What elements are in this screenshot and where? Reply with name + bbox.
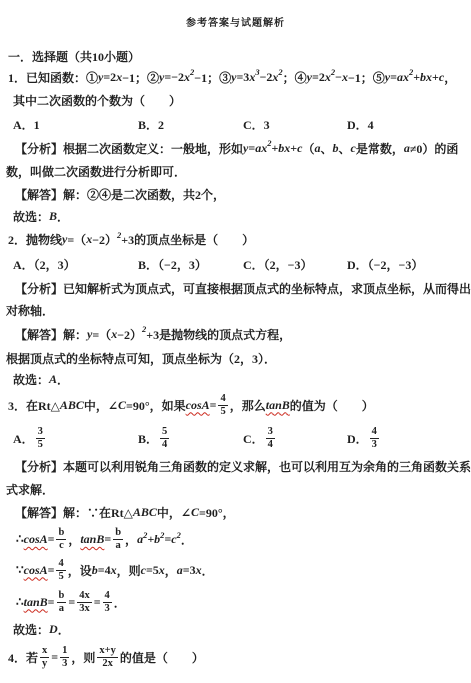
q3-solution-line-2: ∴cosA=bc，tanB=ba，a2+b2=c2． [0, 524, 471, 555]
q3-option-d: D．43 [347, 421, 381, 455]
q2-answer-line-1: 【解答】解：y=（x−2）2+3是抛物线的顶点式方程， [0, 321, 471, 347]
q2-option-a: A．（2，3） [13, 252, 76, 276]
section-heading: 一．选择题（共10小题） [0, 47, 471, 65]
q3-stem-line: 3．在Rt△ABC中，∠C=90°，如果cosA=45，那么tanB的值为（ ） [0, 389, 471, 421]
q3-analysis-line-2: 式求解． [0, 478, 471, 501]
q2-option-c: C．（2，−3） [243, 252, 313, 276]
q3-solution-line-3: ∵cosA=45，设b=4x，则c=5x，a=3x． [0, 555, 471, 585]
q3-analysis-line-1: 【分析】本题可以利用锐角三角函数的定义求解，也可以利用互为余角的三角函数关系 [0, 455, 471, 478]
q4-stem-line: 4．若xy=13，则x+y2x的值是（ ） [0, 640, 471, 674]
q2-stem-line: 2．抛物线y=（x−2）2+3的顶点坐标是（ ） [0, 227, 471, 252]
answer-sheet-page: 参考答案与试题解析 一．选择题（共10小题） 1．已知函数：①y=2x−1；②y… [0, 0, 471, 683]
q3-solution-line-4: ∴tanB=ba=4x3x=43． [0, 585, 471, 619]
q1-option-c: C．3 [243, 112, 270, 136]
q2-analysis-line-2: 对称轴． [0, 300, 471, 321]
q1-option-d: D．4 [347, 112, 374, 136]
q3-option-a: A．35 [13, 421, 47, 455]
q1-choice-line: 故选：B． [0, 206, 471, 227]
question-4: 4．若xy=13，则x+y2x的值是（ ） [0, 640, 471, 674]
question-2: 2．抛物线y=（x−2）2+3的顶点坐标是（ ） A．（2，3） B．（−2，3… [0, 227, 471, 389]
q3-solution-line-1: 【解答】解：∵在Rt△ABC中，∠C=90°， [0, 501, 471, 524]
q2-option-d: D．（−2，−3） [347, 252, 423, 276]
q1-analysis-line-2: 数，叫做二次函数进行分析即可． [0, 160, 471, 183]
q2-analysis-line-1: 【分析】已知解析式为顶点式，可直接根据顶点式的坐标特点，求顶点坐标，从而得出 [0, 276, 471, 300]
question-3: 3．在Rt△ABC中，∠C=90°，如果cosA=45，那么tanB的值为（ ）… [0, 389, 471, 640]
q2-option-b: B．（−2，3） [138, 252, 207, 276]
q3-option-b: B．54 [138, 421, 171, 455]
q1-analysis-line-1: 【分析】根据二次函数定义：一般地，形如y=ax2+bx+c（a、b、c是常数，a… [0, 136, 471, 160]
q2-options-row: A．（2，3） B．（−2，3） C．（2，−3） D．（−2，−3） [0, 252, 471, 276]
q1-option-b: B．2 [138, 112, 164, 136]
q2-answer-line-2: 根据顶点式的坐标特点可知，顶点坐标为（2，3）． [0, 347, 471, 369]
q3-choice-line: 故选：D． [0, 619, 471, 640]
q1-options-row: A．1 B．2 C．3 D．4 [0, 112, 471, 136]
page-title: 参考答案与试题解析 [0, 17, 471, 31]
q1-answer-line: 【解答】解：②④是二次函数，共2个， [0, 183, 471, 206]
q1-stem-line-2: 其中二次函数的个数为（ ） [0, 89, 471, 112]
q1-option-a: A．1 [13, 112, 40, 136]
question-1: 1．已知函数：①y=2x−1；②y=−2x2−1；③y=3x3−2x2；④y=2… [0, 65, 471, 227]
q1-stem-line-1: 1．已知函数：①y=2x−1；②y=−2x2−1；③y=3x3−2x2；④y=2… [0, 65, 471, 89]
q2-choice-line: 故选：A． [0, 369, 471, 389]
q3-option-c: C．34 [243, 421, 277, 455]
q3-options-row: A．35 B．54 C．34 D．43 [0, 421, 471, 455]
